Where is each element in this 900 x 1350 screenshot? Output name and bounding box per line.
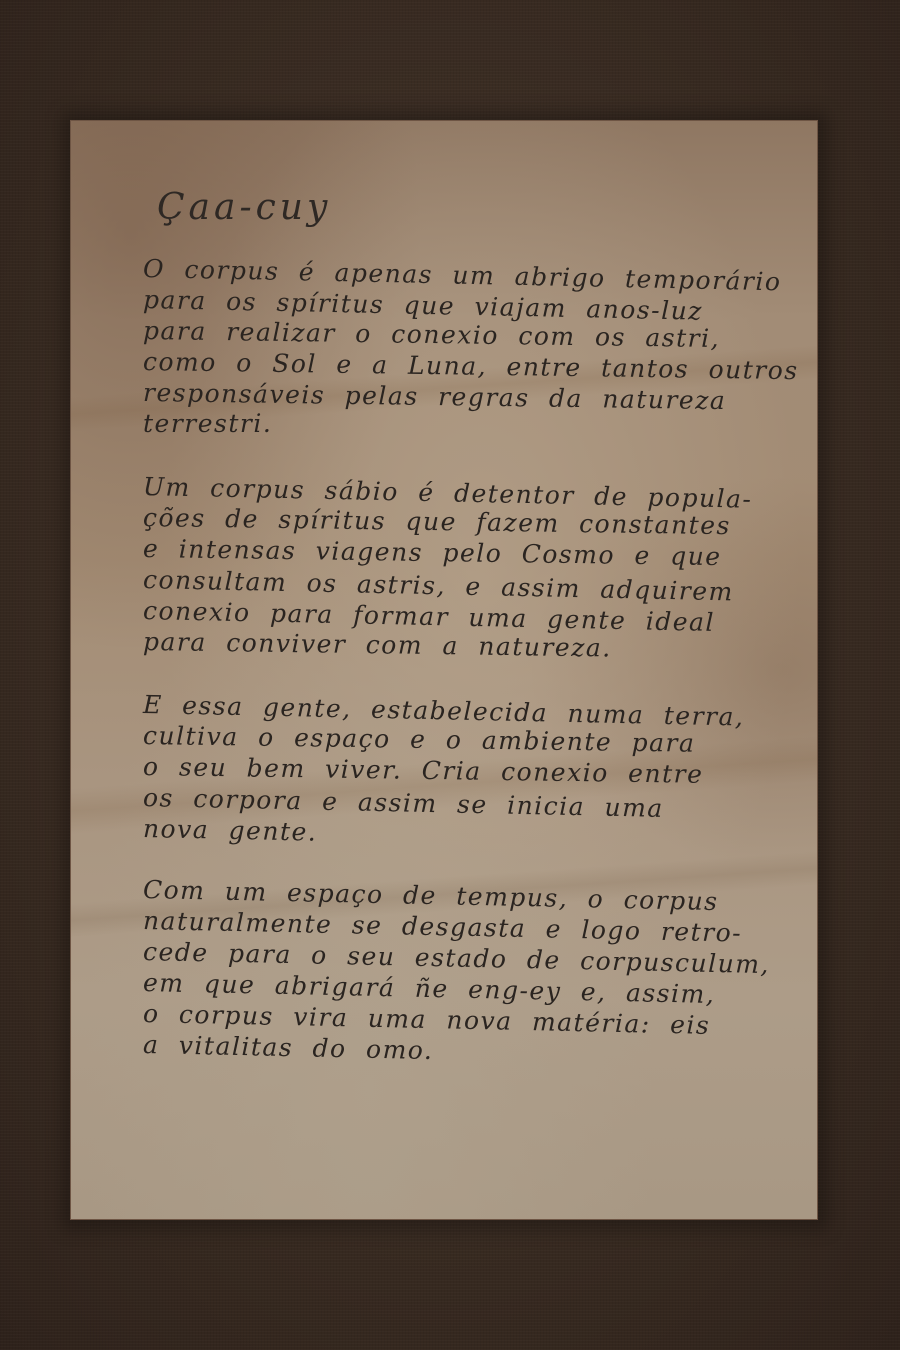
sheet-title: Çaa-cuy — [157, 183, 783, 233]
handwritten-sheet: Çaa-cuy O corpus é apenas um abrigo temp… — [70, 120, 818, 1220]
paragraph-3: E essa gente, estabelecida numa terra, c… — [143, 689, 783, 844]
paragraph-4: Com um espaço de tempus, o corpus natura… — [143, 874, 783, 1060]
text-line: terrestri. — [143, 408, 783, 439]
paragraph-1: O corpus é apenas um abrigo temporário p… — [143, 253, 783, 439]
paragraph-2: Um corpus sábio é detentor de popula- çõ… — [143, 471, 783, 657]
handwritten-text: Çaa-cuy O corpus é apenas um abrigo temp… — [143, 183, 783, 1092]
